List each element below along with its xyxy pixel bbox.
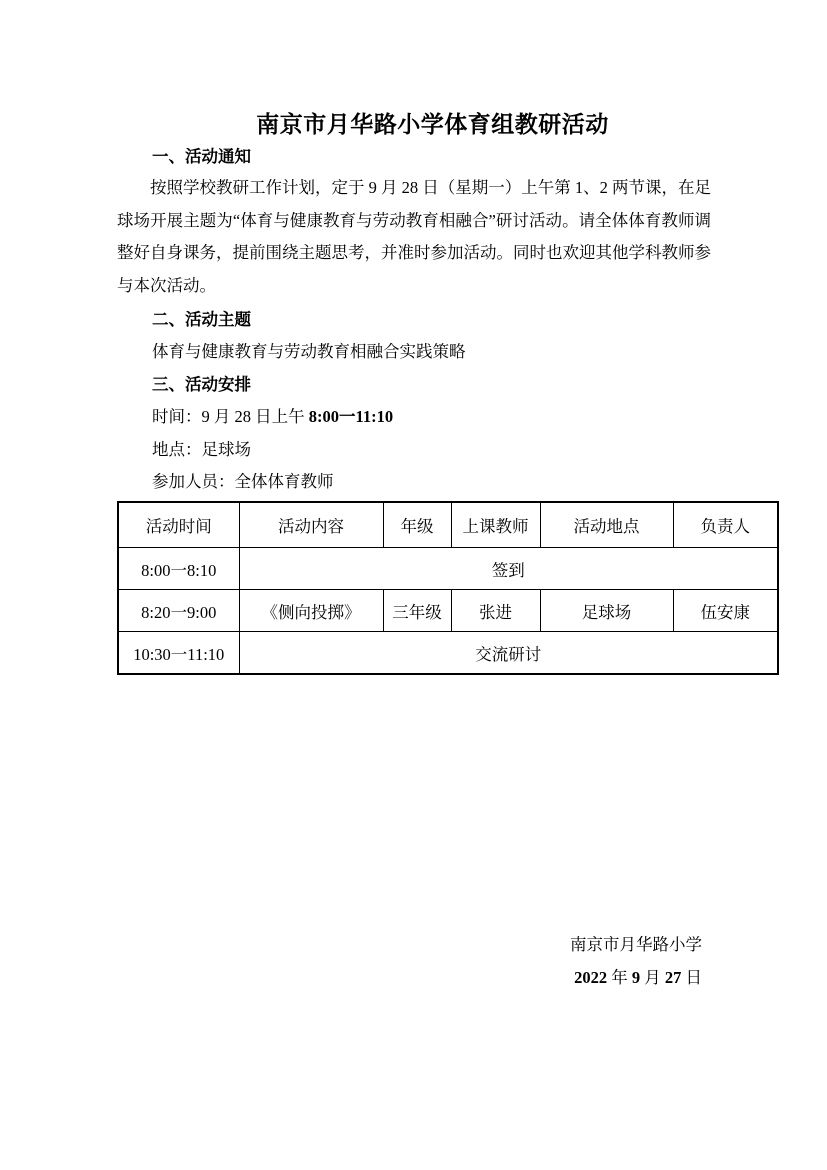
- table-row: 10:30一11:10 交流研讨: [118, 632, 778, 675]
- activity-time-label: 时间：9 月 28 日上午: [152, 407, 309, 426]
- table-row: 8:20一9:00 《侧向投掷》 三年级 张进 足球场 伍安康: [118, 590, 778, 632]
- section1-heading: 一、活动通知: [152, 140, 251, 173]
- signature-date: 2022 年 9 月 27 日: [570, 962, 702, 995]
- document-title: 南京市月华路小学体育组教研活动: [0, 106, 827, 139]
- cell-content: 《侧向投掷》: [239, 590, 383, 632]
- cell-time: 8:20一9:00: [118, 590, 239, 632]
- section3-heading: 三、活动安排: [152, 368, 251, 401]
- document-page: 南京市月华路小学体育组教研活动 一、活动通知 按照学校教研工作计划，定于 9 月…: [0, 0, 827, 1170]
- activity-participants-line: 参加人员：全体体育教师: [152, 465, 334, 498]
- cell-teacher: 张进: [451, 590, 540, 632]
- schedule-table: 活动时间 活动内容 年级 上课教师 活动地点 负责人 8:00一8:10 签到 …: [117, 501, 779, 675]
- activity-time-value: 8:00一11:10: [309, 407, 393, 426]
- activity-time-line: 时间：9 月 28 日上午 8:00一11:10: [152, 400, 393, 433]
- table-row: 8:00一8:10 签到: [118, 548, 778, 590]
- header-cell-grade: 年级: [383, 502, 451, 548]
- signature-block: 南京市月华路小学 2022 年 9 月 27 日: [570, 929, 702, 994]
- cell-merged-discussion: 交流研讨: [239, 632, 778, 675]
- cell-place: 足球场: [540, 590, 673, 632]
- cell-time: 8:00一8:10: [118, 548, 239, 590]
- header-cell-lead: 负责人: [673, 502, 778, 548]
- header-cell-time: 活动时间: [118, 502, 239, 548]
- cell-time: 10:30一11:10: [118, 632, 239, 675]
- section1-paragraph: 按照学校教研工作计划，定于 9 月 28 日（星期一）上午第 1、2 两节课，在…: [117, 172, 711, 302]
- cell-grade: 三年级: [383, 590, 451, 632]
- section2-heading: 二、活动主题: [152, 303, 251, 336]
- header-cell-place: 活动地点: [540, 502, 673, 548]
- signature-org: 南京市月华路小学: [570, 929, 702, 962]
- schedule-header-row: 活动时间 活动内容 年级 上课教师 活动地点 负责人: [118, 502, 778, 548]
- header-cell-content: 活动内容: [239, 502, 383, 548]
- header-cell-teacher: 上课教师: [451, 502, 540, 548]
- cell-lead: 伍安康: [673, 590, 778, 632]
- cell-merged-signin: 签到: [239, 548, 778, 590]
- section2-content: 体育与健康教育与劳动教育相融合实践策略: [152, 335, 466, 368]
- activity-location-line: 地点：足球场: [152, 433, 251, 466]
